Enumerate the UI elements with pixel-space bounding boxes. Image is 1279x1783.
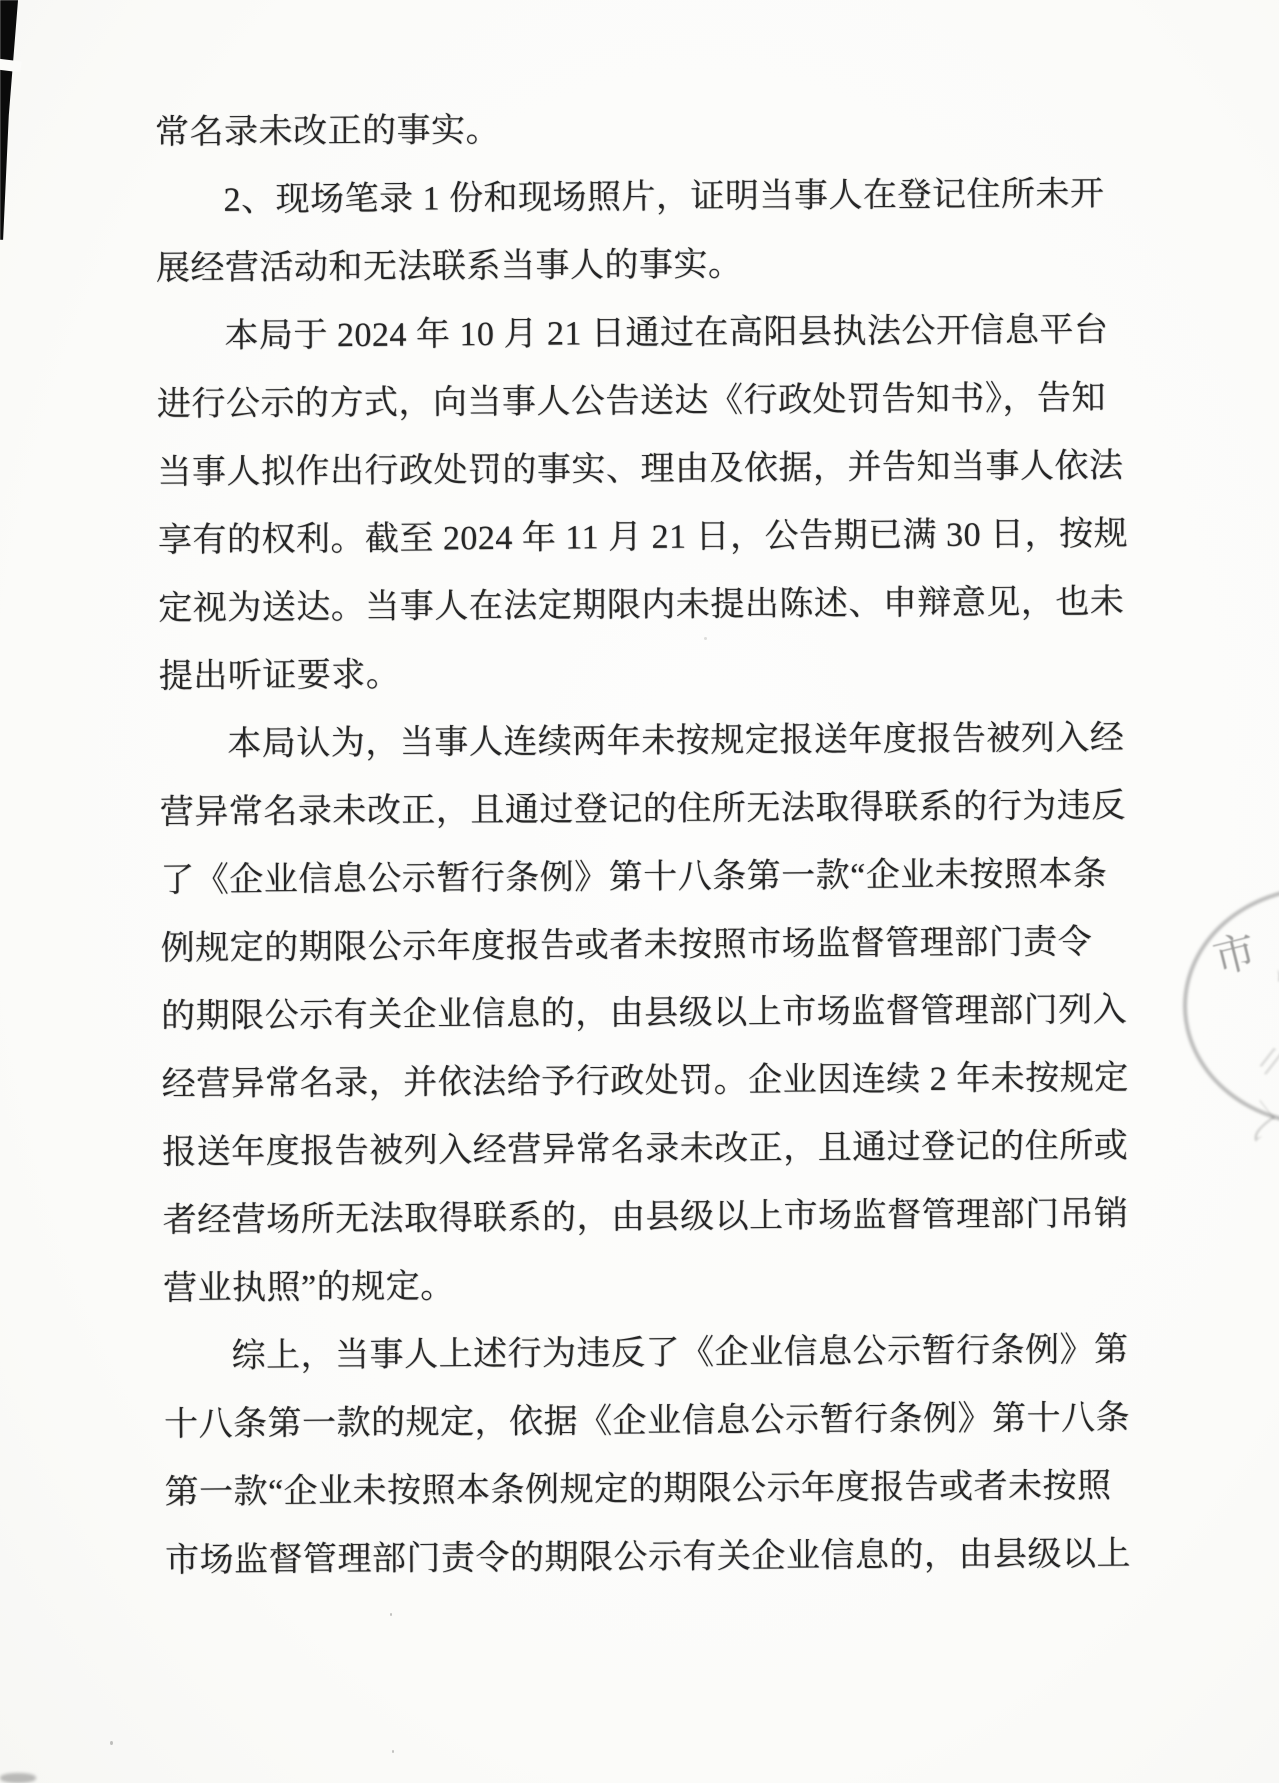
text-line: 例规定的期限公示年度报告或者未按照市场监督管理部门责令 (160, 909, 1122, 984)
scan-speck (390, 1613, 392, 1616)
text-line: 2、现场笔录 1 份和现场照片，证明当事人在登记住所未开 (155, 161, 1117, 236)
text-line: 当事人拟作出行政处罚的事实、理由及依据，并告知当事人依法 (157, 433, 1119, 508)
scan-speck (704, 637, 707, 640)
scan-speck (110, 1741, 113, 1745)
text-line: 本局认为，当事人连续两年未按规定报送年度报告被列入经 (159, 705, 1121, 780)
text-line: 进行公示的方式，向当事人公告送达《行政处罚告知书》，告知 (157, 365, 1119, 440)
text-line: 本局于 2024 年 10 月 21 日通过在高阳县执法公开信息平台 (156, 297, 1118, 372)
text-line: 享有的权利。截至 2024 年 11 月 21 日，公告期已满 30 日，按规 (158, 501, 1120, 576)
scan-smudge (0, 1773, 36, 1783)
text-line: 第一款“企业未按照本条例规定的期限公示年度报告或者未按照 (164, 1453, 1126, 1528)
text-line: 了《企业信息公示暂行条例》第十八条第一款“企业未按照本条 (160, 841, 1122, 916)
text-line: 者经营场所无法取得联系的，由县级以上市场监督管理部门吊销 (162, 1181, 1124, 1256)
text-line: 定视为送达。当事人在法定期限内未提出陈述、申辩意见，也未 (158, 569, 1120, 644)
text-line: 营异常名录未改正，且通过登记的住所无法取得联系的行为违反 (160, 773, 1122, 848)
text-line: 的期限公示有关企业信息的，由县级以上市场监督管理部门列入 (161, 977, 1123, 1052)
text-line: 市场监督管理部门责令的期限公示有关企业信息的，由县级以上 (165, 1521, 1127, 1596)
text-line: 综上，当事人上述行为违反了《企业信息公示暂行条例》第 (163, 1317, 1125, 1392)
scan-speck (392, 1750, 394, 1753)
text-line: 报送年度报告被列入经营异常名录未改正，且通过登记的住所或 (162, 1113, 1124, 1188)
scan-edge-notch (0, 59, 22, 73)
text-line: 展经营活动和无法联系当事人的事实。 (156, 229, 1118, 304)
text-line: 常名录未改正的事实。 (155, 93, 1117, 168)
text-line: 营业执照”的规定。 (163, 1249, 1125, 1324)
text-line: 经营异常名录，并依法给予行政处罚。企业因连续 2 年未按规定 (161, 1045, 1123, 1120)
official-seal-partial: 市 ⺍ 〢 ⺄ (1183, 866, 1279, 1136)
document-body: 常名录未改正的事实。 2、现场笔录 1 份和现场照片，证明当事人在登记住所未开 … (155, 93, 1127, 1596)
text-line: 十八条第一款的规定，依据《企业信息公示暂行条例》第十八条 (164, 1385, 1126, 1460)
scanned-document-page: 常名录未改正的事实。 2、现场笔录 1 份和现场照片，证明当事人在登记住所未开 … (0, 0, 1279, 1783)
scan-edge-artifact (0, 0, 22, 240)
text-line: 提出听证要求。 (159, 637, 1121, 712)
